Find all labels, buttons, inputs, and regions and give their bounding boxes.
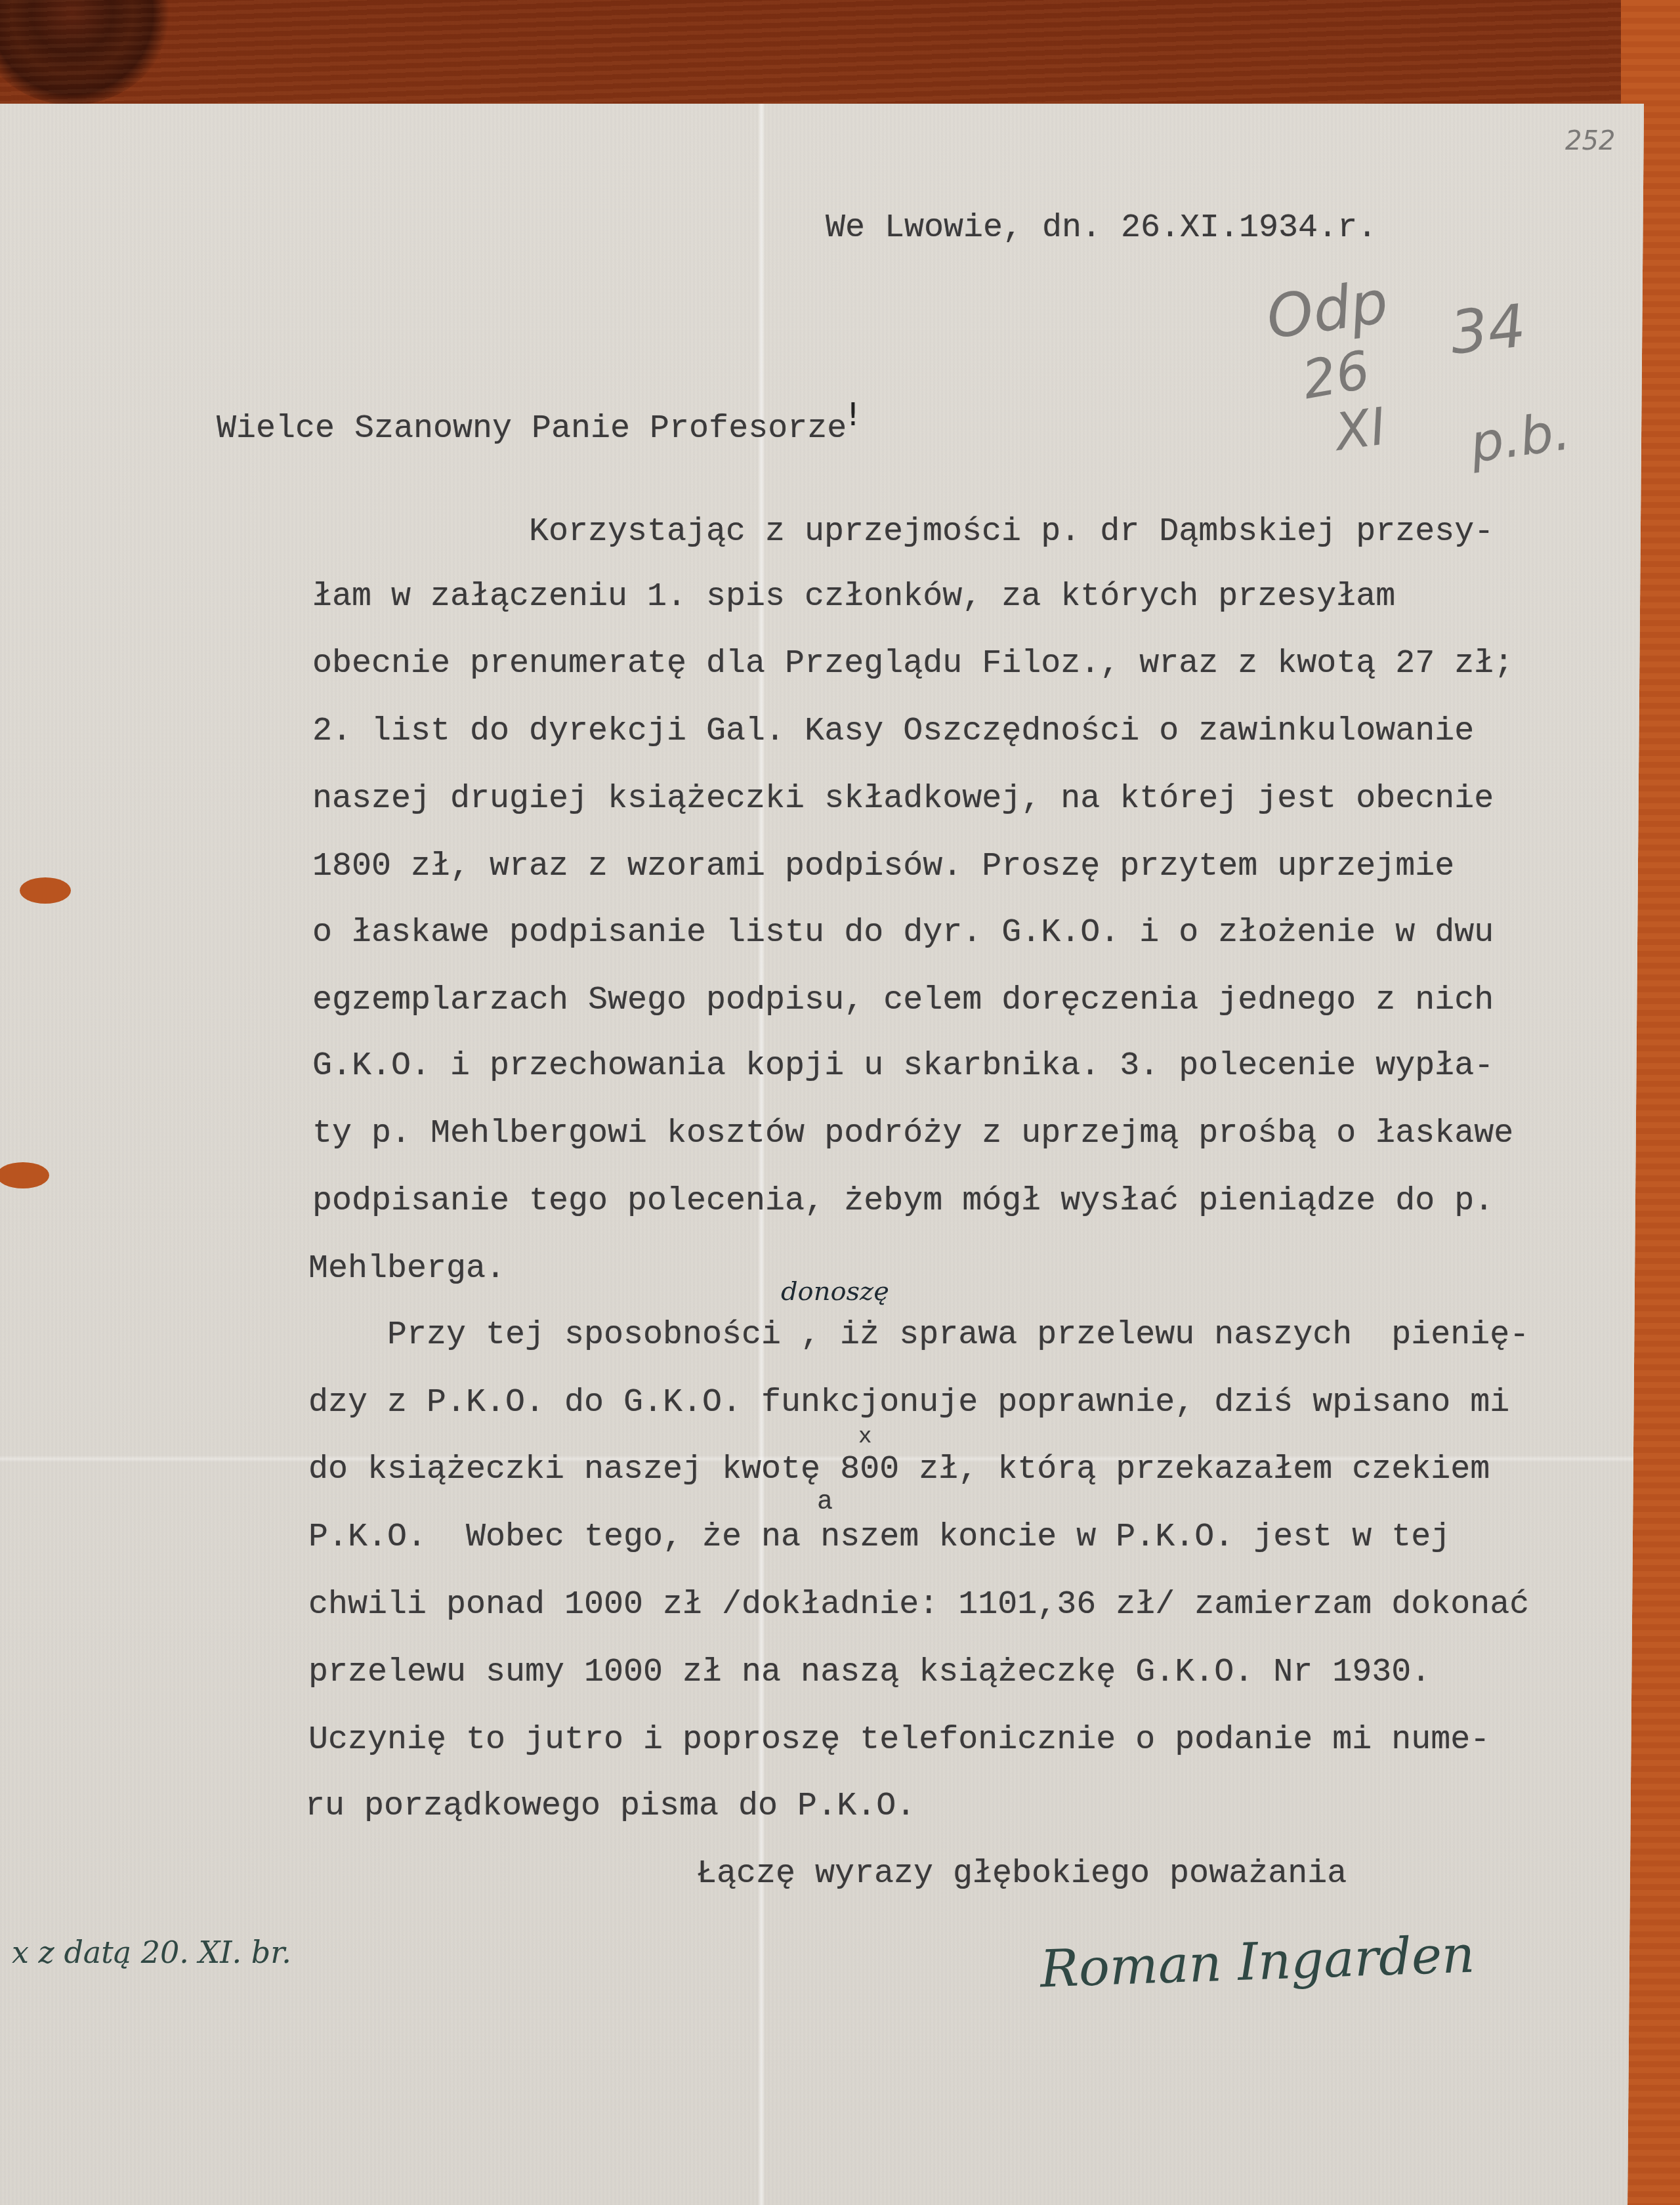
paragraph1-line: 1800 zł, wraz z wzorami podpisów. Proszę… bbox=[312, 847, 1454, 887]
margin-note: x z datą 20. XI. br. bbox=[12, 1935, 291, 1970]
salutation-mark: ! bbox=[847, 396, 859, 433]
paragraph2-line: do książeczki naszej kwotę 800 zł, którą… bbox=[308, 1450, 1490, 1490]
paragraph1-line: o łaskawe podpisanie listu do dyr. G.K.O… bbox=[312, 913, 1494, 953]
paragraph1-line: łam w załączeniu 1. spis członków, za kt… bbox=[312, 577, 1395, 617]
paragraph1-line: ty p. Mehlbergowi kosztów podróży z uprz… bbox=[312, 1114, 1513, 1154]
closing-line: Łączę wyrazy głębokiego poważania bbox=[697, 1855, 1347, 1894]
paragraph1-line: obecnie prenumeratę dla Przeglądu Filoz.… bbox=[312, 644, 1513, 684]
paragraph2-line: Uczynię to jutro i poproszę telefoniczni… bbox=[308, 1721, 1490, 1760]
pencil-annotation-month: XI bbox=[1332, 397, 1389, 463]
paragraph2-line: chwili ponad 1000 zł /dokładnie: 1101,36… bbox=[308, 1585, 1529, 1625]
wood-background bbox=[0, 0, 1680, 105]
paragraph1-line: G.K.O. i przechowania kopji u skarbnika.… bbox=[312, 1047, 1494, 1086]
place-date: We Lwowie, dn. 26.XI.1934.r. bbox=[826, 209, 1377, 248]
paragraph1-line: naszej drugiej książeczki składkowej, na… bbox=[312, 780, 1494, 819]
paragraph2-line: P.K.O. Wobec tego, że na nszem koncie w … bbox=[308, 1518, 1450, 1557]
paragraph1-line: Mehlberga. bbox=[308, 1249, 505, 1289]
punch-hole-top bbox=[20, 877, 71, 904]
paragraph1-line: egzemplarzach Swego podpisu, celem doręc… bbox=[312, 981, 1494, 1020]
salutation: Wielce Szanowny Panie Profesorze! bbox=[217, 407, 859, 449]
salutation-text: Wielce Szanowny Panie Profesorze bbox=[217, 410, 847, 448]
paragraph2-line: przelewu sumy 1000 zł na naszą książeczk… bbox=[308, 1653, 1431, 1692]
archive-page-number: 252 bbox=[1565, 126, 1615, 156]
paragraph2-line: Przy tej sposobności , iż sprawa przelew… bbox=[387, 1316, 1529, 1355]
paragraph1-line: podpisanie tego polecenia, żebym mógł wy… bbox=[312, 1182, 1494, 1221]
paragraph2-line: ru porządkowego pisma do P.K.O. bbox=[305, 1787, 915, 1826]
handwritten-insertion-donosze: donoszę bbox=[781, 1276, 889, 1307]
insertion-a-letter: a bbox=[817, 1483, 833, 1522]
paragraph2-line: dzy z P.K.O. do G.K.O. funkcjonuje popra… bbox=[308, 1383, 1509, 1423]
insertion-x-mark: x bbox=[858, 1417, 871, 1457]
paragraph1-line: 2. list do dyrekcji Gal. Kasy Oszczędnoś… bbox=[312, 712, 1474, 751]
pencil-annotation-year: 34 bbox=[1447, 291, 1529, 367]
paragraph1-line: Korzystając z uprzejmości p. dr Dąmbskie… bbox=[529, 513, 1494, 552]
